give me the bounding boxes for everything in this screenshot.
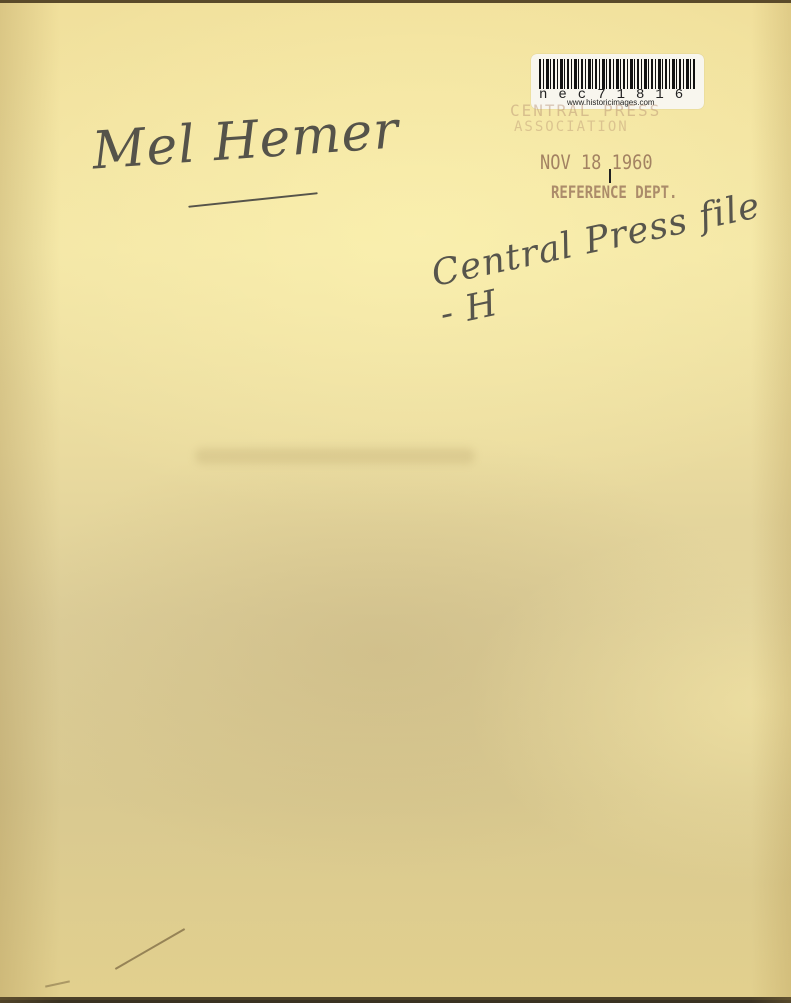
handwritten-name: Mel Hemer — [90, 100, 401, 181]
photo-back-sheet: Mel Hemer nec71816 www.historicimages.co… — [0, 0, 791, 1000]
handwritten-file-note: Central Press file - H — [428, 183, 783, 335]
barcode-icon — [539, 59, 696, 89]
scratch-mark — [115, 928, 185, 970]
stamp-date: NOV 18 1960 — [540, 152, 653, 175]
stamp-organization-line-1: CENTRAL PRESS — [510, 101, 661, 120]
stamp-department: REFERENCE DEPT. — [551, 183, 677, 202]
name-underline — [188, 192, 317, 208]
smudge-mark — [195, 448, 475, 464]
pen-tick-mark — [609, 169, 611, 183]
stamp-organization-line-2: ASSOCIATION — [514, 119, 629, 135]
right-edge-shadow — [751, 3, 791, 1000]
left-edge-shadow — [0, 3, 60, 1000]
